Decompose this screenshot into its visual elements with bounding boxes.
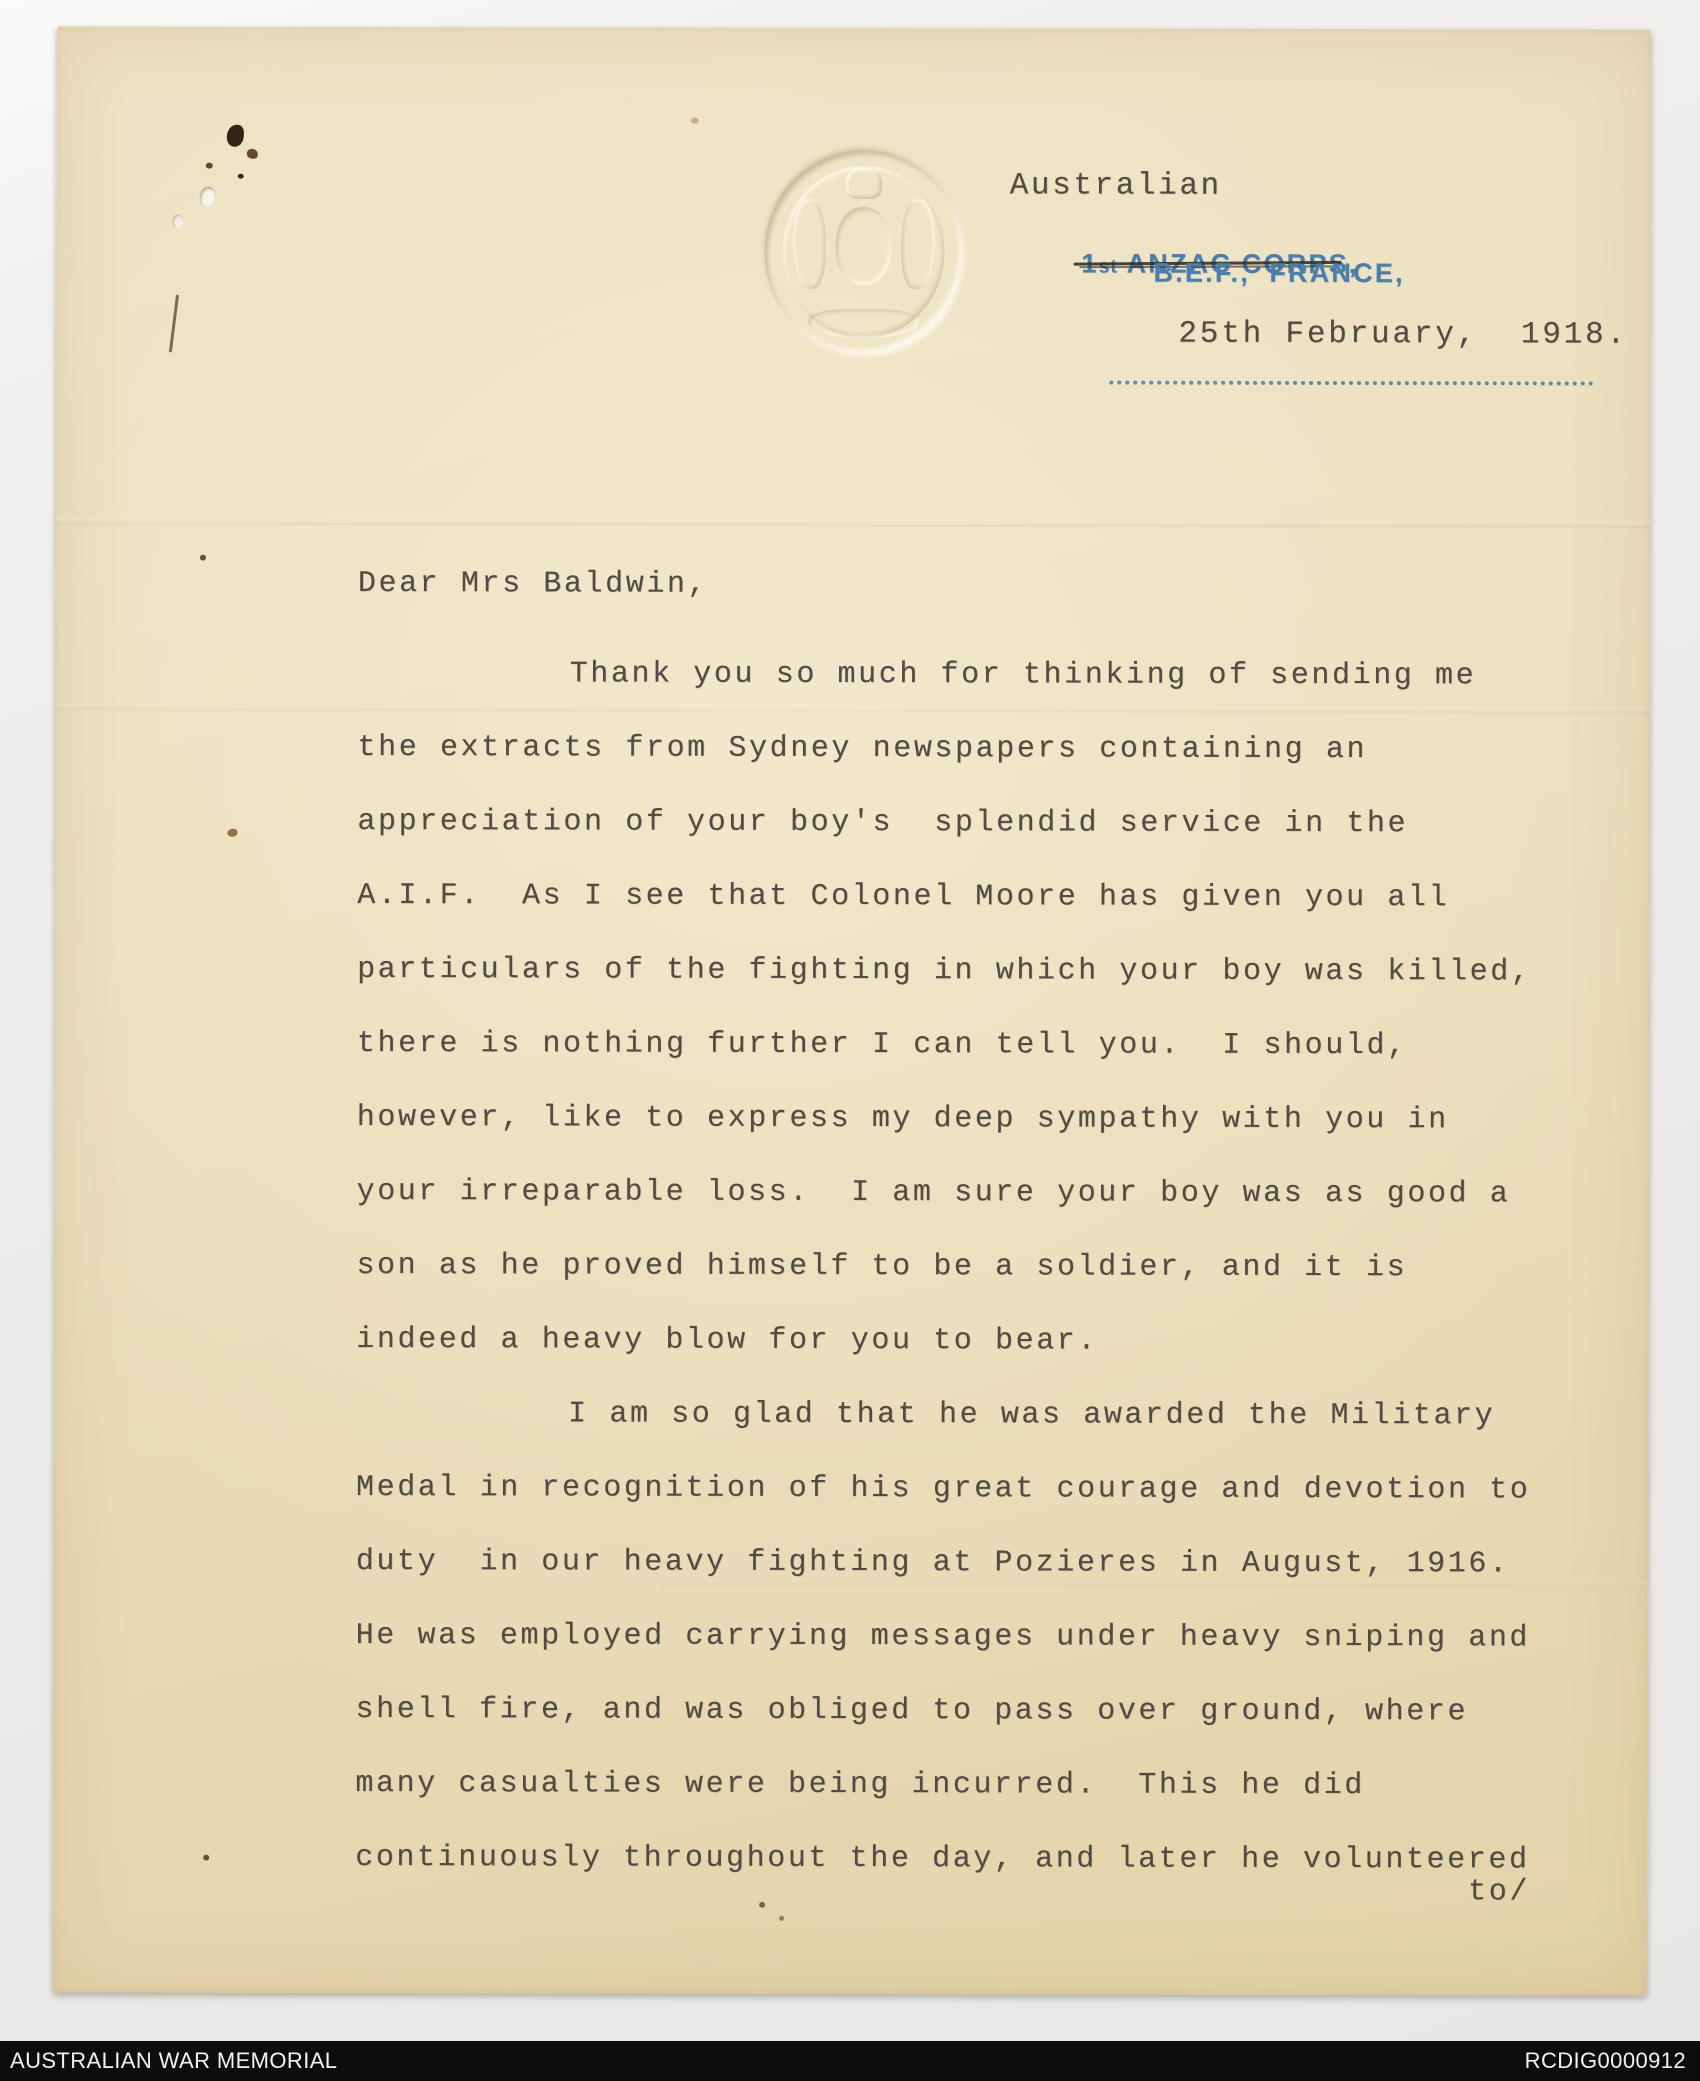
letter-line: duty in our heavy fighting at Pozieres i…	[356, 1525, 1606, 1602]
letter-line: appreciation of your boy's splendid serv…	[357, 785, 1607, 862]
footer-bar: AUSTRALIAN WAR MEMORIAL RCDIG0000912	[0, 2041, 1700, 2081]
paper-stain	[203, 1855, 209, 1861]
letter-line: indeed a heavy blow for you to bear.	[356, 1303, 1606, 1380]
date-dotted-rule	[1109, 381, 1593, 386]
paper-stain	[200, 555, 206, 561]
letter-line: the extracts from Sydney newspapers cont…	[357, 711, 1607, 788]
seal-crown	[846, 168, 882, 199]
paper-hole	[173, 215, 184, 230]
paper-damage-spot	[238, 174, 244, 179]
paper-stain	[779, 1916, 784, 1921]
letter-line: He was employed carrying messages under …	[356, 1599, 1606, 1676]
paper-stain	[227, 829, 237, 837]
paper-damage-spot	[227, 125, 244, 147]
paper-damage-spot	[206, 163, 213, 169]
footer-record-id: RCDIG0000912	[1525, 2048, 1686, 2074]
letter-line: many casualties were being incurred. Thi…	[355, 1747, 1605, 1824]
paper-scratch	[169, 295, 179, 353]
paper-stain	[759, 1902, 765, 1908]
letter-date: 25th February, 1918.	[1178, 317, 1628, 353]
letter-line: your irreparable loss. I am sure your bo…	[357, 1155, 1607, 1232]
footer-archive-label: AUSTRALIAN WAR MEMORIAL	[10, 2048, 337, 2074]
letterhead-typed-line: Australian	[1010, 168, 1222, 203]
paper-damage-spot	[247, 149, 258, 159]
seal-shield	[836, 207, 892, 285]
letter-line: son as he proved himself to be a soldier…	[356, 1229, 1606, 1306]
paper-fold-crease	[56, 518, 1650, 528]
embossed-seal-icon	[764, 150, 962, 354]
letter-page: Australian 1st ANZAC CORPS, B.E.F., FRAN…	[53, 26, 1651, 1995]
seal-lion-left	[792, 199, 826, 289]
letter-line: continuously throughout the day, and lat…	[355, 1821, 1605, 1898]
paper-hole	[200, 187, 216, 207]
seal-base-scroll	[808, 309, 919, 338]
letter-line: shell fire, and was obliged to pass over…	[355, 1673, 1605, 1750]
salutation: Dear Mrs Baldwin,	[358, 567, 708, 602]
letter-line: particulars of the fighting in which you…	[357, 933, 1607, 1010]
letter-line: I am so glad that he was awarded the Mil…	[356, 1377, 1606, 1454]
page-continuation-mark: to/	[1468, 1875, 1530, 1909]
letter-line: Thank you so much for thinking of sendin…	[358, 637, 1608, 714]
letter-line: however, like to express my deep sympath…	[357, 1081, 1607, 1158]
letter-body: Thank you so much for thinking of sendin…	[355, 637, 1608, 1898]
letter-line: A.I.F. As I see that Colonel Moore has g…	[357, 859, 1607, 936]
letter-line: there is nothing further I can tell you.…	[357, 1007, 1607, 1084]
letter-line: Medal in recognition of his great courag…	[356, 1451, 1606, 1528]
letterhead-location-line: B.E.F., FRANCE,	[1154, 258, 1405, 290]
paper-stain	[691, 118, 699, 124]
